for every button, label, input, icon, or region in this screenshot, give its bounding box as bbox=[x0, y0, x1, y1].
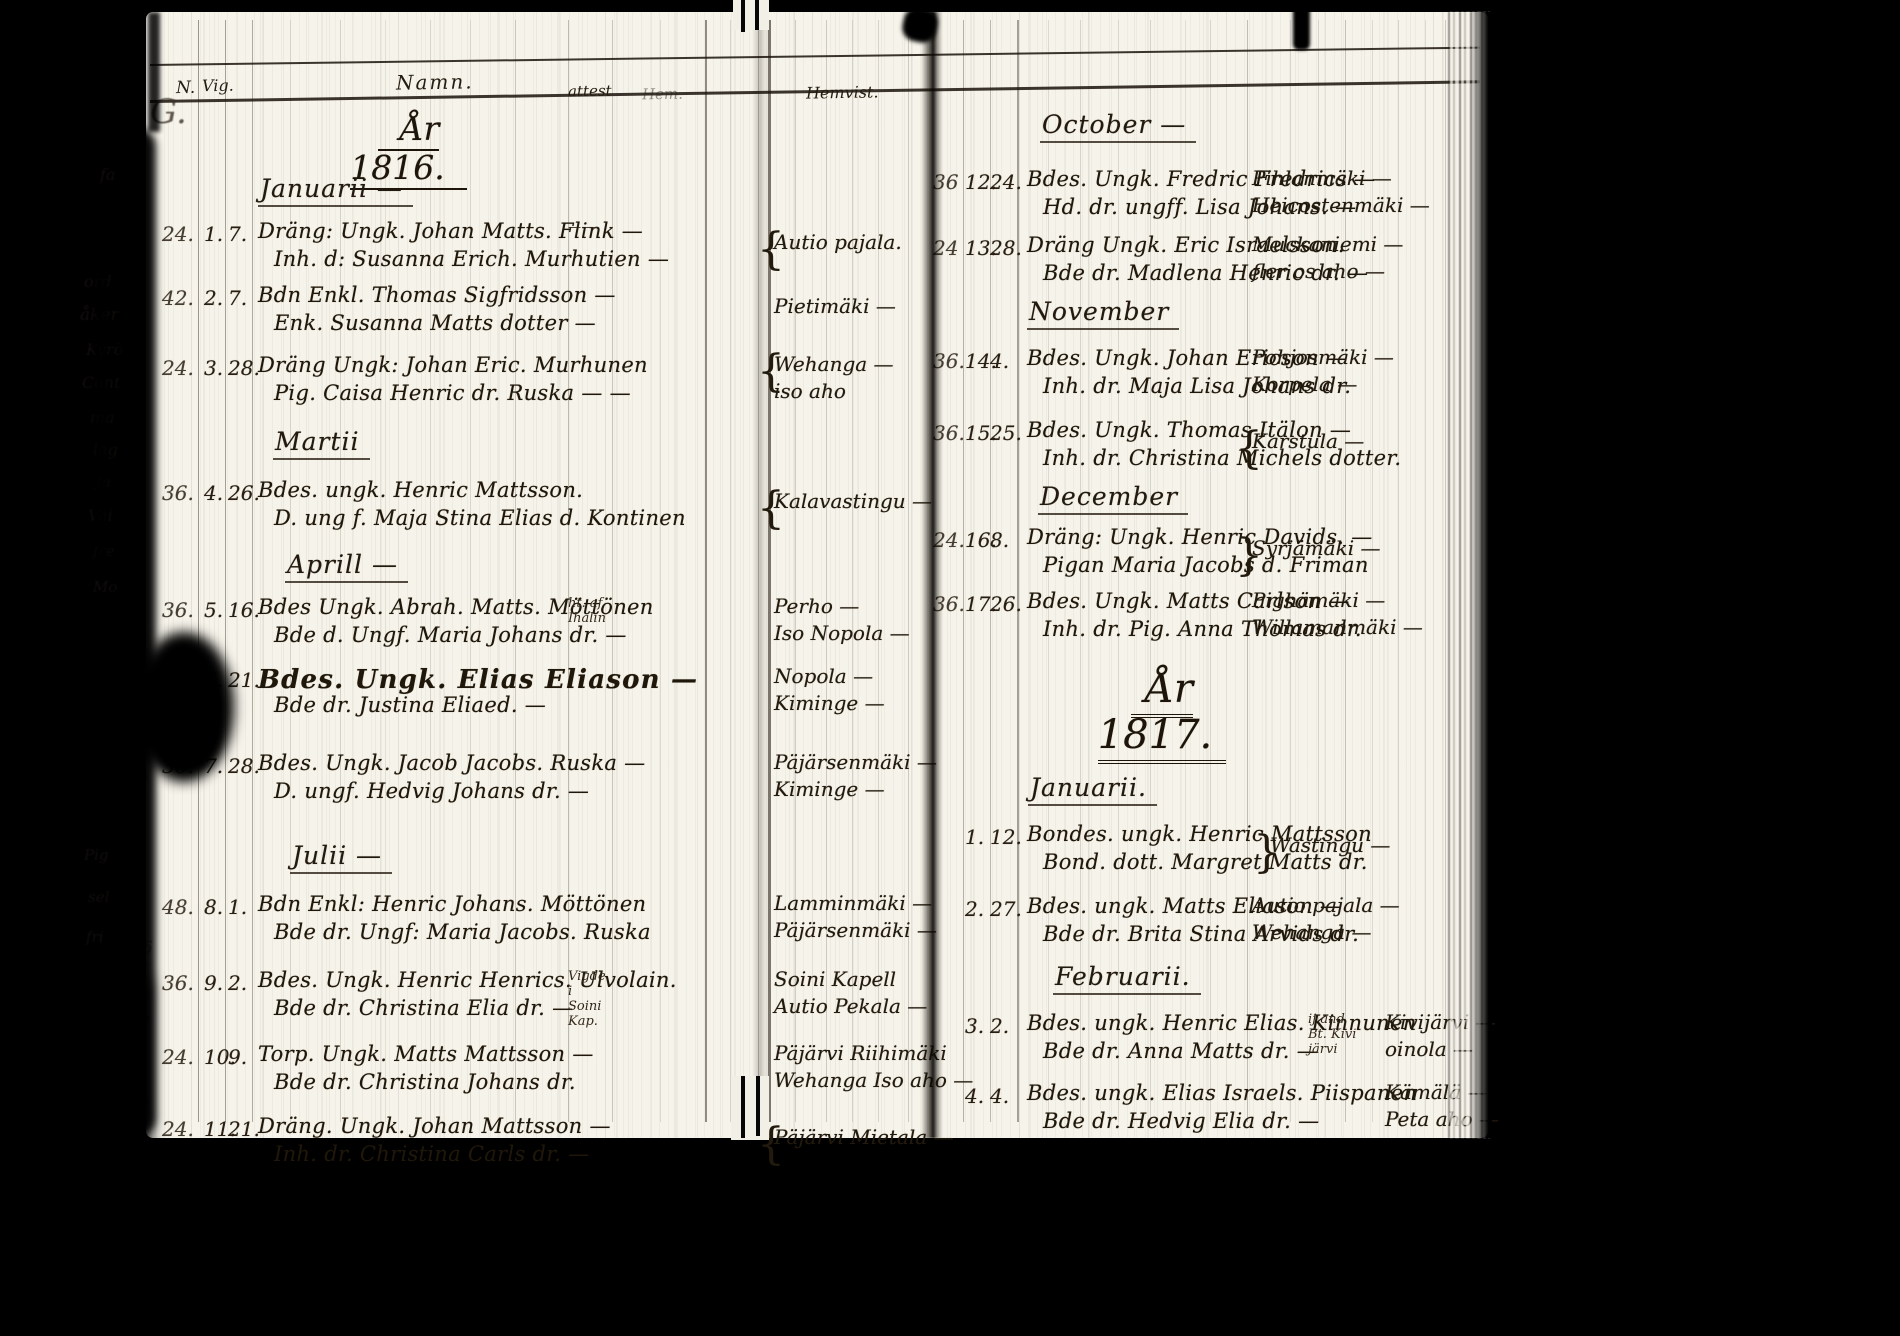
year-title-text: År 1817. bbox=[1098, 666, 1227, 764]
bride-line: Bde dr. Justina Eliaed. — bbox=[274, 693, 546, 717]
entry-day: 8. bbox=[990, 528, 1009, 552]
hemvist-brace: } bbox=[1253, 827, 1281, 878]
binding-cord bbox=[756, 1076, 760, 1136]
register-entry: 24.11.21.Dräng. Ungk. Johan Mattsson —In… bbox=[148, 1109, 808, 1179]
ink-blob bbox=[148, 12, 160, 132]
hemvist-brace: } bbox=[1235, 530, 1263, 581]
entry-day: 2. bbox=[228, 971, 247, 995]
entry-day: 1. bbox=[228, 895, 247, 919]
register-entry: 1.12.Bondes. ungk. Henric MattssonBond. … bbox=[800, 817, 1492, 889]
hemvist-note: Pohjosmäki —Korpela — bbox=[1252, 344, 1394, 398]
bride-line: D. ungf. Hedvig Johans dr. — bbox=[274, 779, 589, 803]
entry-day: 28. bbox=[228, 754, 260, 778]
entry-banns-number: 24. bbox=[162, 1045, 194, 1069]
column-header-hemvist: Hemvist. bbox=[806, 82, 879, 102]
attest-line: Ihalin bbox=[568, 611, 606, 626]
groom-line: Bdes. ungk. Elias Israels. Piispanen bbox=[1027, 1081, 1417, 1105]
attest-note: ij andBt. Kivijärvi bbox=[1308, 1012, 1356, 1057]
entry-number: 8. bbox=[204, 895, 223, 919]
ink-blob bbox=[0, 980, 150, 1336]
marginalia-fragment: Pig bbox=[84, 846, 109, 864]
attest-line: järvi bbox=[1308, 1042, 1356, 1057]
attest-line: ht. af bbox=[568, 596, 606, 611]
column-header-attest: attest bbox=[568, 82, 612, 101]
page-edge-fade bbox=[1470, 12, 1492, 1138]
entry-number: 4. bbox=[965, 1084, 984, 1108]
entry-number: 3. bbox=[965, 1014, 984, 1038]
register-entry: 36.6.21.Bdes. Ungk. Elias Eliason —Bde d… bbox=[148, 660, 808, 746]
month-header-text: Martii bbox=[273, 427, 370, 460]
attest-line: Kap. bbox=[568, 1014, 606, 1029]
gutter-shadow bbox=[921, 12, 943, 1138]
hemvist-note: Pighämäki —Willamanmäki — bbox=[1252, 587, 1423, 641]
left-page-table: År 1816.Januarii —24.1.7.Dräng: Ungk. Jo… bbox=[148, 105, 808, 1179]
scanned-register-image: { "header": { "col_no": "N.", "col_vig":… bbox=[0, 0, 1900, 1336]
entry-day: 21. bbox=[228, 1117, 260, 1141]
bride-line: Pig. Caisa Henric dr. Ruska — — bbox=[274, 381, 631, 405]
groom-line: Bdn Enkl. Thomas Sigfridsson — bbox=[258, 283, 616, 307]
marginalia-fragment: Mo bbox=[93, 578, 117, 596]
register-entry: 3612.24.Bdes. Ungk. Fredric Fredrics —Hd… bbox=[800, 162, 1492, 228]
column-header-hem-faint: Hem. bbox=[642, 85, 683, 104]
entry-day: 26. bbox=[228, 481, 260, 505]
bride-line: Bde dr. Christina Elia dr. — bbox=[274, 996, 573, 1020]
bride-line: Bde dr. Ungf: Maria Jacobs. Ruska bbox=[274, 920, 651, 944]
month-header-text: Aprill — bbox=[285, 550, 408, 583]
hemvist-brace: { bbox=[1235, 423, 1263, 474]
register-entry: 24.3.28.Dräng Ungk: Johan Eric. Murhunen… bbox=[148, 348, 808, 422]
bride-line: Bde d. Ungf. Maria Johans dr. — bbox=[274, 623, 627, 647]
month-header-text: December bbox=[1038, 482, 1188, 515]
register-entry: 24.10.9.Torp. Ungk. Matts Mattsson —Bde … bbox=[148, 1037, 808, 1109]
entry-day: 2. bbox=[990, 1014, 1009, 1038]
register-entry: 24.1.7.Dräng: Ungk. Johan Matts. Flink —… bbox=[148, 214, 808, 278]
attest-line: — — bbox=[568, 220, 598, 235]
month-header-text: Julii — bbox=[290, 841, 392, 874]
month-header-text: Januarii. bbox=[1028, 773, 1157, 806]
register-entry: 3.2.Bdes. ungk. Henric Elias. KinnunenBd… bbox=[800, 1006, 1492, 1076]
binding-cord bbox=[741, 0, 745, 32]
ink-blob bbox=[94, 236, 108, 566]
hemvist-line: Pihlanmäki — bbox=[1252, 165, 1430, 192]
hemvist-line: Wastingu — bbox=[1270, 832, 1390, 859]
hemvist-line: Pohjosmäki — bbox=[1252, 344, 1394, 371]
register-entry: 36.4.26.Bdes. ungk. Henric Mattsson.D. u… bbox=[148, 473, 808, 545]
binding-tab bbox=[733, 0, 769, 30]
register-entry: 4.4.Bdes. ungk. Elias Israels. Piispanen… bbox=[800, 1076, 1492, 1146]
entry-day: 16. bbox=[228, 598, 260, 622]
entry-day: 4. bbox=[990, 1084, 1009, 1108]
register-entry: 36.14.4.Bdes. Ungk. Johan Ericson —Inh. … bbox=[800, 341, 1492, 413]
hemvist-line: Syrjämäki — bbox=[1252, 535, 1380, 562]
register-entry: 24.16.8.Dräng: Ungk. Henric Davids. —Pig… bbox=[800, 520, 1492, 584]
register-entry: 36.9.2.Bdes. Ungk. Henric Henrics. Ulvol… bbox=[148, 963, 808, 1037]
entry-day: 27. bbox=[990, 897, 1022, 921]
month-header-text: Februarii. bbox=[1053, 962, 1201, 995]
entry-day: 21. bbox=[228, 668, 260, 692]
binding-tab bbox=[731, 1076, 769, 1140]
entry-banns-number: 36. bbox=[162, 971, 194, 995]
hemvist-line: Wehanga — bbox=[1252, 919, 1400, 946]
groom-line: Bdes. ungk. Henric Elias. Kinnunen bbox=[1027, 1011, 1417, 1035]
hemvist-line: Korpela — bbox=[1252, 371, 1394, 398]
entry-number: 9. bbox=[204, 971, 223, 995]
hemvist-note: Autio pajala —Wehanga — bbox=[1252, 892, 1400, 946]
marginalia-fragment: fa bbox=[100, 165, 115, 184]
bride-line: Bde dr. Christina Johans dr. bbox=[274, 1070, 576, 1094]
entry-day: 7. bbox=[228, 286, 247, 310]
right-page-table: October —3612.24.Bdes. Ungk. Fredric Fre… bbox=[800, 105, 1492, 1146]
groom-line: Bdes. Ungk. Henric Henrics. Ulvolain. bbox=[258, 968, 677, 992]
register-entry: 36.15.25.Bdes. Ungk. Thomas Itälon —Inh.… bbox=[800, 413, 1492, 477]
marginalia-fragment: fri bbox=[86, 928, 104, 946]
attest-line: Soini bbox=[568, 999, 606, 1014]
hemvist-note: }Syrjämäki — bbox=[1252, 535, 1380, 562]
bride-line: Inh. d: Susanna Erich. Murhutien — bbox=[274, 247, 669, 271]
groom-line: Bdes. Ungk. Jacob Jacobs. Ruska — bbox=[258, 751, 645, 775]
entry-day: 28. bbox=[990, 236, 1022, 260]
hemvist-note: Muckaniemi —fler os aho — bbox=[1252, 231, 1403, 285]
entry-number: 3. bbox=[204, 356, 223, 380]
entry-banns-number: 24. bbox=[162, 222, 194, 246]
register-entry: 36.7.28.Bdes. Ungk. Jacob Jacobs. Ruska … bbox=[148, 746, 808, 836]
entry-number: 1. bbox=[204, 222, 223, 246]
groom-line: Bdes. Ungk. Elias Eliason — bbox=[258, 665, 698, 695]
attest-line: Bt. Kivi bbox=[1308, 1027, 1356, 1042]
year-title: År 1816. bbox=[316, 105, 501, 169]
entry-number: 2. bbox=[204, 286, 223, 310]
hemvist-line: Muckaniemi — bbox=[1252, 231, 1403, 258]
hemvist-line: Pighämäki — bbox=[1252, 587, 1423, 614]
bride-line: D. ung f. Maja Stina Elias d. Kontinen bbox=[274, 506, 686, 530]
groom-line: Bdes. ungk. Henric Mattsson. bbox=[258, 478, 583, 502]
entry-day: 28. bbox=[228, 356, 260, 380]
hemvist-note: }Wastingu — bbox=[1270, 832, 1390, 859]
attest-note: — — bbox=[568, 220, 598, 235]
groom-line: Torp. Ungk. Matts Mattsson — bbox=[258, 1042, 594, 1066]
entry-day: 26. bbox=[990, 592, 1022, 616]
attest-line: ij and bbox=[1308, 1012, 1356, 1027]
entry-banns-number: 48. bbox=[162, 895, 194, 919]
register-entry: 48.8.1.Bdn Enkl: Henric Johans. Möttönen… bbox=[148, 887, 808, 963]
hemvist-line: Willamanmäki — bbox=[1252, 614, 1423, 641]
bride-line: Enk. Susanna Matts dotter — bbox=[274, 311, 596, 335]
entry-banns-number: 42. bbox=[162, 286, 194, 310]
entry-day: 7. bbox=[228, 222, 247, 246]
column-header-namn: Namn. bbox=[396, 69, 474, 94]
groom-line: Bdn Enkl: Henric Johans. Möttönen bbox=[258, 892, 646, 916]
hemvist-line: fler os aho — bbox=[1252, 258, 1403, 285]
page-crease bbox=[752, 12, 770, 1138]
bride-line: Inh. dr. Christina Carls dr. — bbox=[274, 1142, 590, 1166]
ink-blob bbox=[150, 690, 220, 770]
register-entry: 2413.28.Dräng Ungk. Eric Israelsson.Bde … bbox=[800, 228, 1492, 292]
attest-line: Vigde bbox=[568, 969, 606, 984]
entry-number: 2. bbox=[965, 897, 984, 921]
bride-line: Bde dr. Hedvig Elia dr. — bbox=[1043, 1109, 1319, 1133]
binding-cord bbox=[741, 1076, 745, 1138]
entry-number: 1. bbox=[965, 825, 984, 849]
attest-note: VigdeiSoiniKap. bbox=[568, 969, 606, 1029]
register-entry: 36.5.16.Bdes Ungk. Abrah. Matts. Möttöne… bbox=[148, 590, 808, 660]
attest-note: ht. afIhalin bbox=[568, 596, 606, 626]
month-header-text: October — bbox=[1040, 110, 1196, 143]
entry-banns-number: 24. bbox=[162, 1117, 194, 1141]
entry-day: 12. bbox=[990, 825, 1022, 849]
month-header-text: November bbox=[1027, 297, 1179, 330]
entry-number: 5. bbox=[204, 598, 223, 622]
entry-day: 4. bbox=[990, 349, 1009, 373]
hemvist-line: Karstula — bbox=[1252, 428, 1364, 455]
entry-day: 24. bbox=[990, 170, 1022, 194]
hemvist-note: Pihlanmäki —Heicostenmäki — bbox=[1252, 165, 1430, 219]
hemvist-note: {Karstula — bbox=[1252, 428, 1364, 455]
year-title: År 1817. bbox=[1077, 652, 1247, 768]
register-entry: 36.17.26.Bdes. Ungk. Matts Carlson —Inh.… bbox=[800, 584, 1492, 652]
month-header-text: Januarii — bbox=[258, 174, 413, 207]
entry-banns-number: 36. bbox=[162, 598, 194, 622]
entry-number: 4. bbox=[204, 481, 223, 505]
binding-cord bbox=[755, 0, 759, 30]
entry-day: 9. bbox=[228, 1045, 247, 1069]
entry-day: 25. bbox=[990, 421, 1022, 445]
entry-banns-number: 36. bbox=[162, 481, 194, 505]
marginalia-fragment: sel bbox=[88, 888, 109, 906]
column-header-vig: Vig. bbox=[202, 76, 234, 96]
register-entry: 42.2.7.Bdn Enkl. Thomas Sigfridsson —Enk… bbox=[148, 278, 808, 348]
groom-line: Dräng Ungk: Johan Eric. Murhunen bbox=[258, 353, 648, 377]
bride-line: Bde dr. Anna Matts dr. — bbox=[1043, 1039, 1318, 1063]
entry-banns-number: 24. bbox=[162, 356, 194, 380]
register-entry: 2.27.Bdes. ungk. Matts Eliason —Bde dr. … bbox=[800, 889, 1492, 957]
attest-line: i bbox=[568, 984, 606, 999]
ink-blob bbox=[1293, 4, 1310, 50]
groom-line: Dräng. Ungk. Johan Mattsson — bbox=[258, 1114, 611, 1138]
hemvist-line: Heicostenmäki — bbox=[1252, 192, 1430, 219]
hemvist-line: Autio pajala — bbox=[1252, 892, 1400, 919]
